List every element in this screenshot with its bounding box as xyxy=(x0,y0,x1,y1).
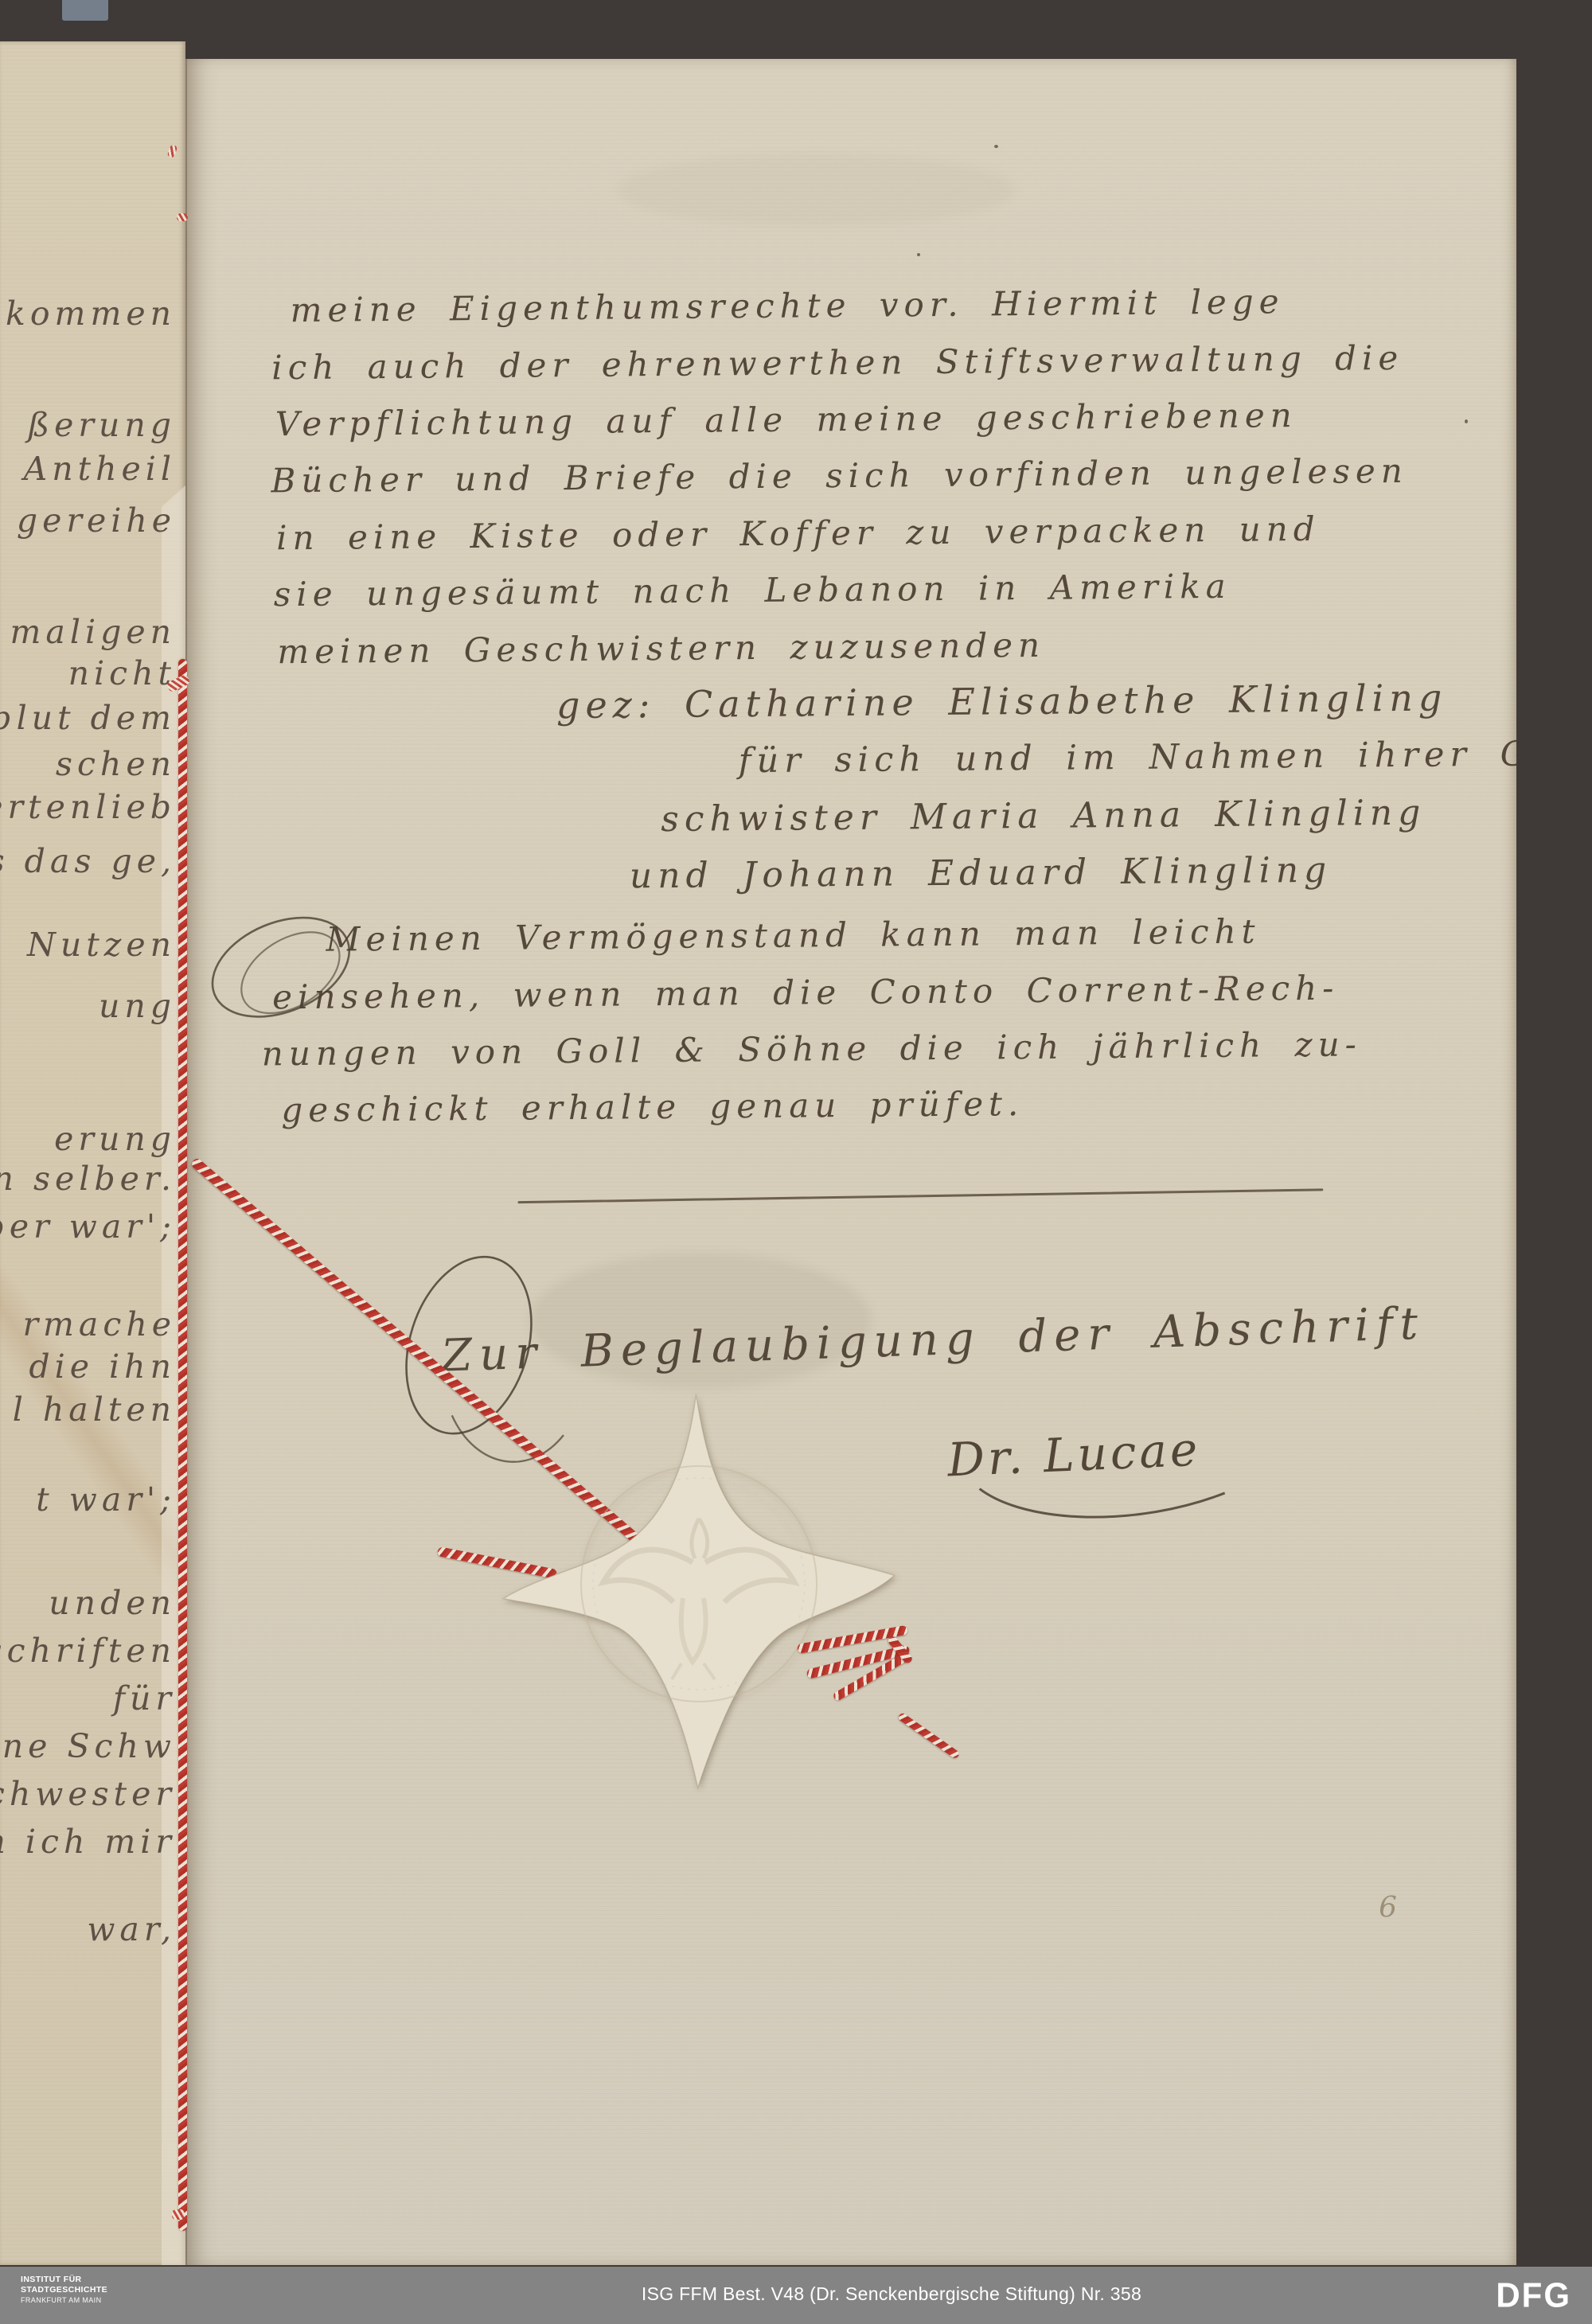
handwriting-fragment: ertenlieb xyxy=(0,788,176,826)
page-number: 6 xyxy=(1379,1891,1397,1924)
handwriting-fragment: nicht xyxy=(68,654,176,692)
handwriting-fragment: Nutzen xyxy=(27,926,176,964)
handwriting-fragment: l halten xyxy=(13,1390,176,1429)
handwriting-fragment: kommen xyxy=(6,294,176,333)
handwriting-fragment: die ihn xyxy=(29,1347,176,1386)
cord-fragment xyxy=(172,2209,185,2220)
handwriting-fragment: erung xyxy=(54,1120,176,1158)
embossed-paper-seal xyxy=(492,1383,906,1797)
handwriting-fragment: der gereihe xyxy=(0,501,176,540)
handwriting-fragment: rmache xyxy=(22,1305,176,1343)
notary-signature: Dr. Lucae xyxy=(946,1422,1202,1488)
previous-page: kommen ßerung Antheil der gereihe malige… xyxy=(0,41,185,2265)
handwriting-fragment: schriften xyxy=(0,1632,176,1670)
document-page: meine Eigenthumsrechte vor. Hiermit lege… xyxy=(185,59,1516,2265)
handwritten-text-block: meine Eigenthumsrechte vor. Hiermit lege… xyxy=(185,59,1516,2265)
institution-line: INSTITUT FÜR xyxy=(21,2275,107,2285)
cord-fragment xyxy=(177,213,188,221)
archive-reference: ISG FFM Best. V48 (Dr. Senckenbergische … xyxy=(642,2283,1141,2305)
binding-cord-vertical xyxy=(178,659,187,2231)
handwriting-fragment: ern selber. xyxy=(0,1160,176,1198)
institution-line: STADTGESCHICHTE xyxy=(21,2285,107,2295)
dfg-logo: DFG xyxy=(1496,2275,1571,2315)
handwriting-fragment: maligen xyxy=(10,613,176,651)
handwriting-fragment: n ich mir xyxy=(0,1823,176,1861)
archival-scan: { "archive_bar": { "institution_line1": … xyxy=(0,0,1592,2324)
institution-line: FRANKFURT AM MAIN xyxy=(21,2295,107,2306)
handwriting-fragment: lber war'; xyxy=(0,1207,176,1246)
handwriting-fragment: ung xyxy=(99,987,176,1025)
handwriting-fragment: s das ge, xyxy=(0,842,176,880)
archive-footer-bar: INSTITUT FÜR STADTGESCHICHTE FRANKFURT A… xyxy=(0,2267,1592,2324)
handwriting-fragment: blut dem xyxy=(0,699,176,737)
handwriting-fragment: Schwester xyxy=(0,1775,176,1813)
binder-tab xyxy=(62,0,108,21)
handwriting-fragment: Antheil xyxy=(24,450,176,488)
handwriting-fragment: war, xyxy=(87,1910,176,1948)
handwriting-fragment: für xyxy=(113,1679,176,1718)
pen-flourishes xyxy=(185,59,1516,2265)
handwriting-fragment: ßerung xyxy=(28,406,176,444)
handwriting-fragment: t war'; xyxy=(36,1480,176,1519)
handwriting-fragment: schen xyxy=(56,745,176,783)
handwriting-fragment: ine Schw xyxy=(0,1727,176,1765)
handwriting-fragment: unden xyxy=(49,1584,176,1622)
institution-block: INSTITUT FÜR STADTGESCHICHTE FRANKFURT A… xyxy=(21,2275,107,2306)
